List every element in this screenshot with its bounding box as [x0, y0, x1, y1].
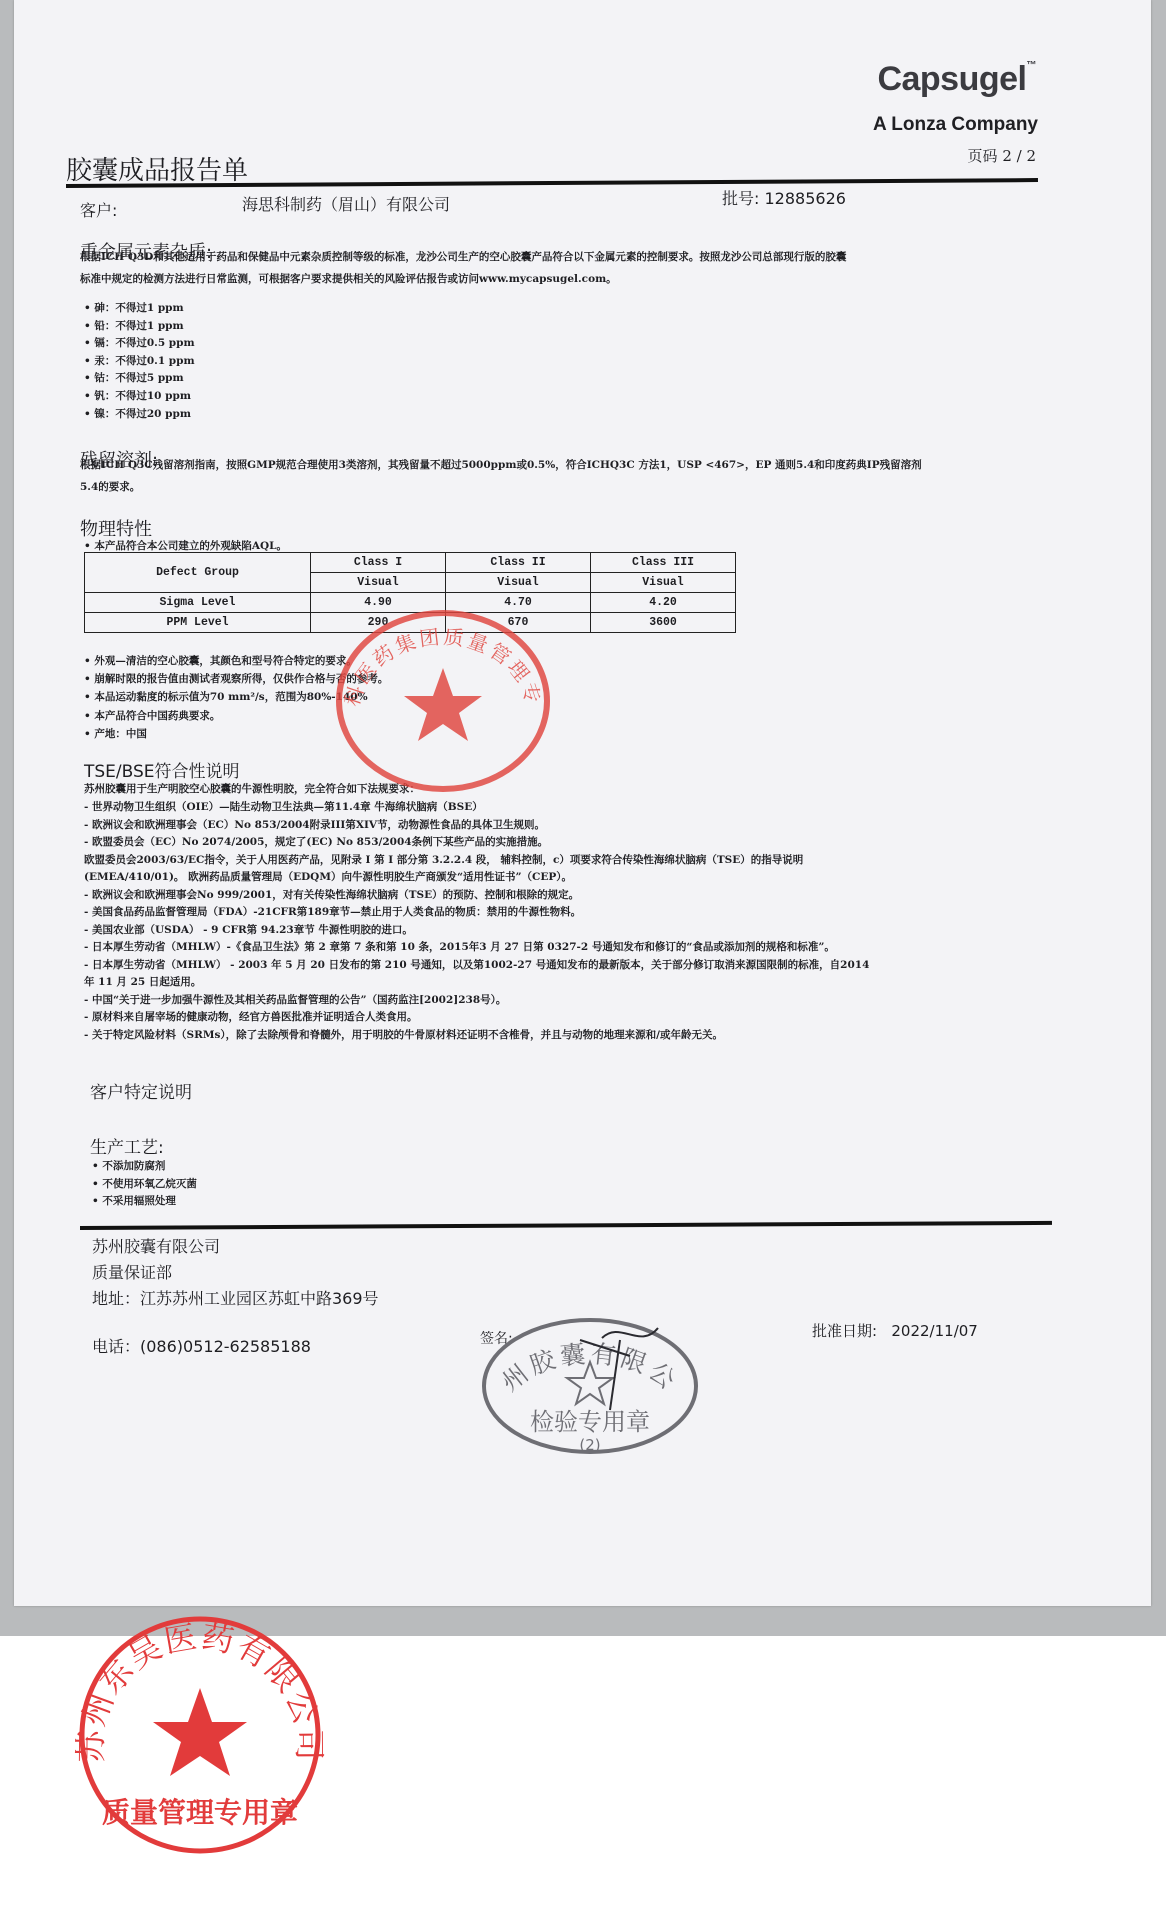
star-icon — [404, 668, 482, 741]
cell: 4.20 — [591, 593, 736, 613]
sub-header: Visual — [591, 573, 736, 593]
customer-name: 海思科制药（眉山）有限公司 — [242, 192, 450, 215]
metal-limit-item: 砷：不得过1 ppm — [84, 300, 195, 318]
metal-limit-item: 钒：不得过10 ppm — [84, 388, 195, 406]
regulation-item: - 关于特定风险材料（SRMs），除了去除颅骨和脊髓外，用于明胶的牛骨原材料还证… — [84, 1027, 869, 1045]
customer-specific-title: 客户特定说明 — [90, 1078, 192, 1103]
star-icon — [153, 1688, 247, 1776]
svg-text:质量管理专用章: 质量管理专用章 — [102, 1796, 298, 1829]
residual-solvents-paragraph-1: 根据ICH Q3C残留溶剂指南，按照GMP规范合理使用3类溶剂，其残留量不超过5… — [80, 457, 922, 474]
issuer-phone: 电话：(086)0512-62585188 — [92, 1334, 311, 1357]
process-title: 生产工艺: — [90, 1133, 164, 1158]
issuer-department: 质量保证部 — [92, 1260, 172, 1283]
regulation-item: - 美国食品药品监督管理局（FDA）-21CFR第189章节—禁止用于人类食品的… — [84, 904, 869, 922]
regulation-item: - 日本厚生劳动省（MHLW）-《食品卫生法》第 2 章第 7 条和第 10 条… — [84, 939, 869, 957]
heavy-metals-paragraph-2: 标准中规定的检测方法进行日常监测，可根据客户要求提供相关的风险评估报告或访问ww… — [80, 271, 617, 288]
customer-quality-seal: 海思科医药集团质量管理专用章 — [328, 606, 558, 796]
heavy-metals-paragraph-1: 根据ICH Q3D和其他适用于药品和保健品中元素杂质控制等级的标准，龙沙公司生产… — [80, 249, 846, 266]
customer-label: 客户: — [80, 198, 117, 221]
page-number: 页码 2 / 2 — [968, 145, 1036, 166]
row-label: PPM Level — [85, 613, 311, 633]
approval-date: 批准日期: 2022/11/07 — [812, 1320, 978, 1341]
regulation-item: 年 11 月 25 日起适用。 — [84, 974, 869, 992]
regulation-item: - 原材料来自屠宰场的健康动物，经官方兽医批准并证明适合人类食用。 — [84, 1009, 869, 1027]
regulation-item: - 日本厚生劳动省（MHLW） - 2003 年 5 月 20 日发布的第 21… — [84, 957, 869, 975]
issuer-company: 苏州胶囊有限公司 — [92, 1234, 220, 1257]
regulation-item: - 欧盟委员会（EC）No 2074/2005，规定了(EC) No 853/2… — [84, 834, 869, 852]
cell: 3600 — [591, 613, 736, 633]
svg-text:(2): (2) — [579, 1436, 600, 1454]
inspection-stamp: 苏州胶囊有限公司 检验专用章 (2) — [470, 1310, 710, 1460]
regulation-item: - 中国“关于进一步加强牛源性及其相关药品监督管理的公告”（国药监注[2002]… — [84, 992, 869, 1010]
metal-limit-item: 镍：不得过20 ppm — [84, 406, 195, 424]
tse-bse-regulations: - 世界动物卫生组织（OIE）—陆生动物卫生法典—第11.4章 牛海绵状脑病（B… — [84, 799, 869, 1044]
regulation-item: (EMEA/410/01)。 欧洲药品质量管理局（EDQM）向牛源性明胶生产商颁… — [84, 869, 869, 887]
regulation-item: - 世界动物卫生组织（OIE）—陆生动物卫生法典—第11.4章 牛海绵状脑病（B… — [84, 799, 869, 817]
capsugel-logo: Capsugel™ — [877, 60, 1036, 99]
class-header: Class II — [446, 553, 591, 573]
process-item: 不使用环氧乙烷灭菌 — [92, 1176, 197, 1194]
sub-header: Visual — [311, 573, 446, 593]
metal-limit-item: 镉：不得过0.5 ppm — [84, 335, 195, 353]
regulation-item: - 欧洲议会和欧洲理事会No 999/2001，对有关传染性海绵状脑病（TSE）… — [84, 887, 869, 905]
tse-bse-title: TSE/BSE符合性说明 — [84, 757, 240, 782]
defect-group-header: Defect Group — [85, 553, 311, 593]
parent-company: A Lonza Company — [873, 114, 1038, 136]
regulation-item: - 美国农业部（USDA） - 9 CFR第 94.23章节 牛源性明胶的进口。 — [84, 922, 869, 940]
metal-limit-item: 钴：不得过5 ppm — [84, 370, 195, 388]
metal-limit-item: 铅：不得过1 ppm — [84, 318, 195, 336]
process-items: 不添加防腐剂不使用环氧乙烷灭菌不采用辐照处理 — [92, 1158, 197, 1211]
svg-text:检验专用章: 检验专用章 — [530, 1408, 650, 1436]
residual-solvents-paragraph-2: 5.4的要求。 — [80, 479, 140, 496]
row-label: Sigma Level — [85, 593, 311, 613]
sub-header: Visual — [446, 573, 591, 593]
issuer-address: 地址：江苏苏州工业园区苏虹中路369号 — [92, 1286, 379, 1309]
regulation-item: - 欧洲议会和欧洲理事会（EC）No 853/2004附录III第XIV节，动物… — [84, 817, 869, 835]
class-header: Class III — [591, 553, 736, 573]
class-header: Class I — [311, 553, 446, 573]
metal-limit-item: 汞：不得过0.1 ppm — [84, 353, 195, 371]
process-item: 不添加防腐剂 — [92, 1158, 197, 1176]
heavy-metal-limits: 砷：不得过1 ppm铅：不得过1 ppm镉：不得过0.5 ppm汞：不得过0.1… — [84, 300, 195, 423]
process-item: 不采用辐照处理 — [92, 1193, 197, 1211]
document-title: 胶囊成品报告单 — [66, 150, 248, 187]
regulation-item: 欧盟委员会2003/63/EC指令，关于人用医药产品，见附录 I 第 I 部分第… — [84, 852, 869, 870]
distributor-quality-seal: 苏州东吴医药有限公司 质量管理专用章 — [70, 1610, 330, 1860]
batch-number: 批号: 12885626 — [722, 186, 846, 209]
